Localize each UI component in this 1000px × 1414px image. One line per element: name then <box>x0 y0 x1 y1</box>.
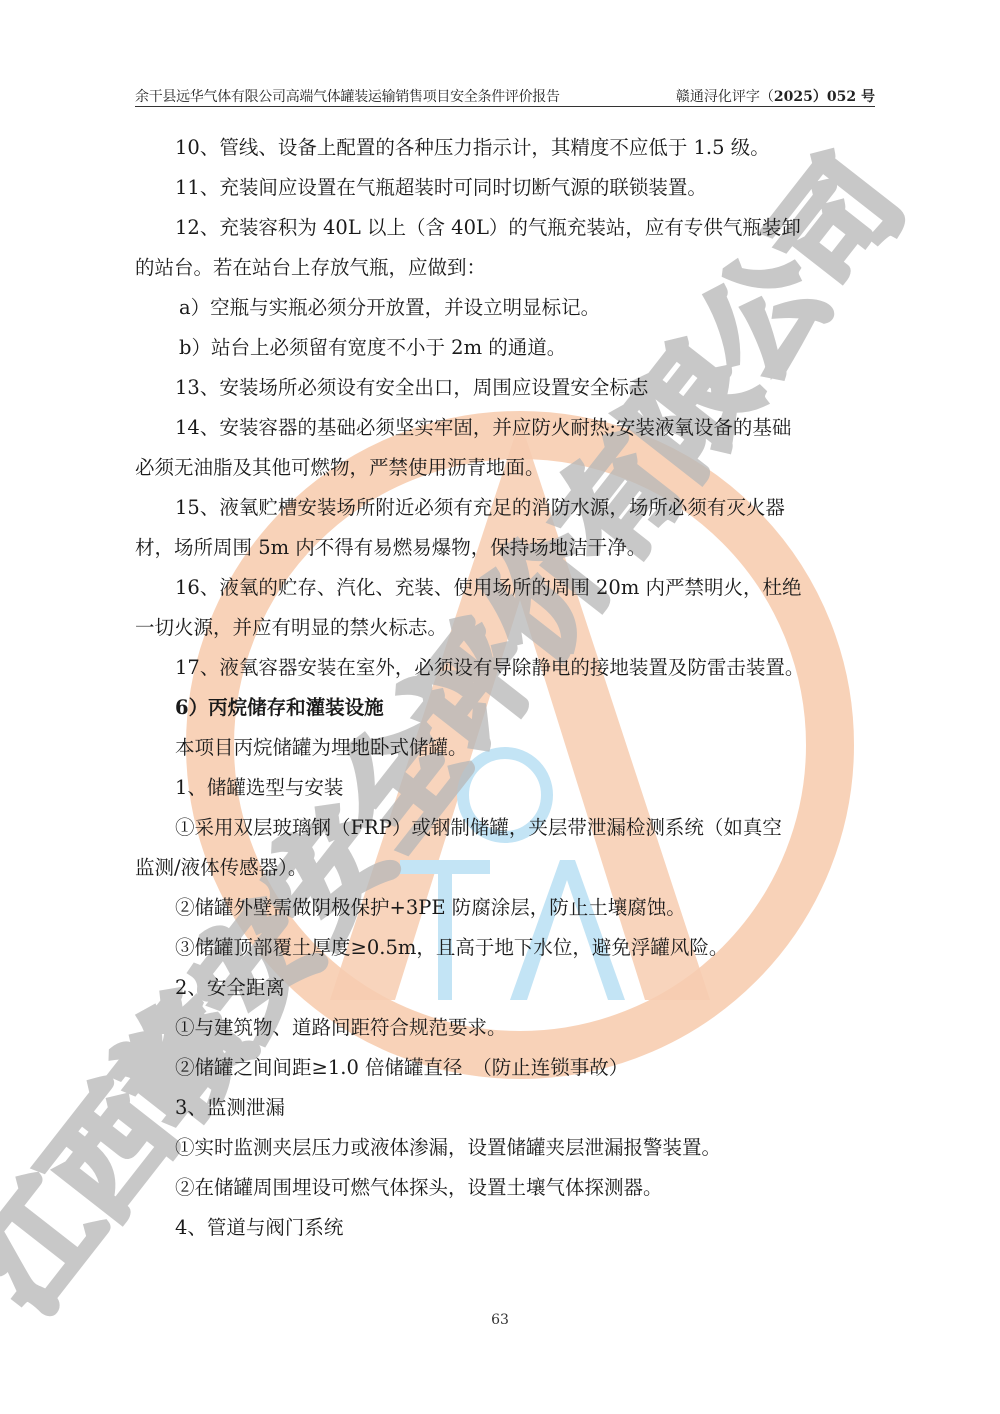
paragraph: 12、充装容积为 40L 以上（含 40L）的气瓶充装站，应有专供气瓶装卸 <box>135 208 910 248</box>
page-header: 余干县远华气体有限公司高端气体罐装运输销售项目安全条件评价报告 赣通浔化评字（2… <box>135 84 875 107</box>
paragraph: 15、液氧贮槽安装场所附近必须有充足的消防水源，场所必须有灭火器 <box>135 488 910 528</box>
paragraph: 16、液氧的贮存、汽化、充装、使用场所的周围 20m 内严禁明火，杜绝 <box>135 568 910 608</box>
section-heading: 6）丙烷储存和灌装设施 <box>135 688 910 728</box>
paragraph: 本项目丙烷储罐为埋地卧式储罐。 <box>135 728 910 768</box>
paragraph: 10、管线、设备上配置的各种压力指示计，其精度不应低于 1.5 级。 <box>135 128 910 168</box>
subheading: 3、监测泄漏 <box>135 1088 910 1128</box>
paragraph: 14、安装容器的基础必须坚实牢固，并应防火耐热;安装液氧设备的基础 <box>135 408 910 448</box>
paragraph: 17、液氧容器安装在室外，必须设有导除静电的接地装置及防雷击装置。 <box>135 648 910 688</box>
paragraph: ②在储罐周围埋设可燃气体探头，设置土壤气体探测器。 <box>135 1168 910 1208</box>
paragraph: 11、充装间应设置在气瓶超装时可同时切断气源的联锁装置。 <box>135 168 910 208</box>
paragraph: ②储罐之间间距≥1.0 倍储罐直径 （防止连锁事故） <box>135 1048 910 1088</box>
subheading: 4、管道与阀门系统 <box>135 1208 910 1248</box>
body-text: 10、管线、设备上配置的各种压力指示计，其精度不应低于 1.5 级。 11、充装… <box>135 128 910 1248</box>
paragraph: 13、安装场所必须设有安全出口，周围应设置安全标志 <box>135 368 910 408</box>
paragraph: ②储罐外壁需做阴极保护+3PE 防腐涂层，防止土壤腐蚀。 <box>135 888 910 928</box>
paragraph: 的站台。若在站台上存放气瓶，应做到： <box>135 248 910 288</box>
paragraph: ①采用双层玻璃钢（FRP）或钢制储罐，夹层带泄漏检测系统（如真空 <box>135 808 910 848</box>
paragraph: ①实时监测夹层压力或液体渗漏，设置储罐夹层泄漏报警装置。 <box>135 1128 910 1168</box>
paragraph: ③储罐顶部覆土厚度≥0.5m，且高于地下水位，避免浮罐风险。 <box>135 928 910 968</box>
paragraph: b）站台上必须留有宽度不小于 2m 的通道。 <box>135 328 910 368</box>
paragraph: a）空瓶与实瓶必须分开放置，并设立明显标记。 <box>135 288 910 328</box>
subheading: 2、安全距离 <box>135 968 910 1008</box>
page-number: 63 <box>0 1312 1000 1328</box>
report-number-year: 2025 <box>774 89 813 105</box>
paragraph: 必须无油脂及其他可燃物，严禁使用沥青地面。 <box>135 448 910 488</box>
paragraph: 一切火源，并应有明显的禁火标志。 <box>135 608 910 648</box>
paragraph: 材，场所周围 5m 内不得有易燃易爆物，保持场地洁干净。 <box>135 528 910 568</box>
report-number: 赣通浔化评字（2025）052 号 <box>676 86 875 106</box>
report-number-prefix: 赣通浔化评字（ <box>676 89 774 105</box>
paragraph: ①与建筑物、道路间距符合规范要求。 <box>135 1008 910 1048</box>
subheading: 1、储罐选型与安装 <box>135 768 910 808</box>
paragraph: 监测/液体传感器）。 <box>135 848 910 888</box>
report-number-suffix: ）052 号 <box>813 89 875 105</box>
document-page: 江西赣安安全评价有限公司 余干县远华气体有限公司高端气体罐装运输销售项目安全条件… <box>0 0 1000 1414</box>
report-title: 余干县远华气体有限公司高端气体罐装运输销售项目安全条件评价报告 <box>135 86 560 106</box>
